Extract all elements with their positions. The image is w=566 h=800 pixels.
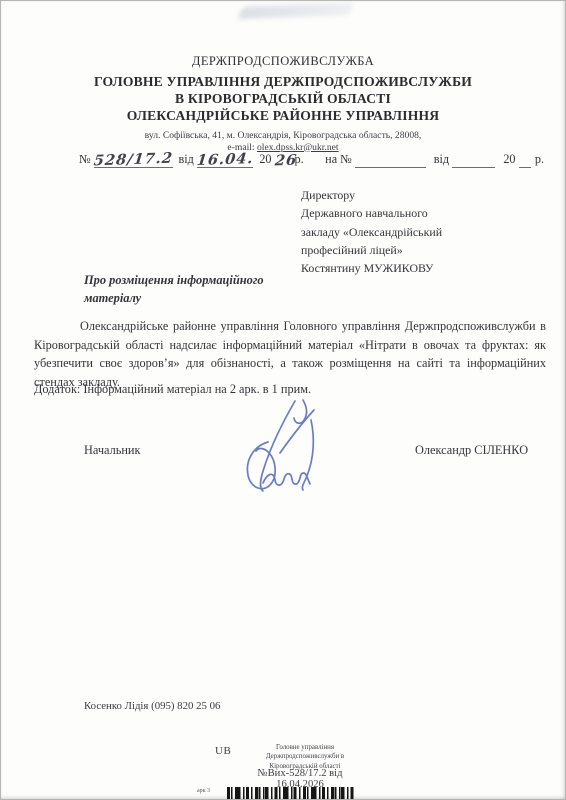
vid-label: від [173,152,197,168]
handwritten-date: 16.04. [196,150,254,169]
stamp-org-line: Держпродспоживслужби в [245,752,365,761]
org-name-line-1: ГОЛОВНЕ УПРАВЛІННЯ ДЕРЖПРОДСПОЖИВСЛУЖБИ [1,73,565,90]
signature-ink-icon [234,398,336,504]
incoming-year-suffix: р. [531,152,547,168]
year-field: 26 [275,152,295,168]
subject-line-1: Про розміщення інформаційного [84,271,264,289]
letterhead: ДЕРЖПРОДСПОЖИВСЛУЖБА ГОЛОВНЕ УПРАВЛІННЯ … [1,54,565,153]
executor-contact: Косенко Лідія (095) 820 25 06 [84,700,220,712]
registration-barcode [227,787,355,799]
outgoing-date-field: 16.04. [197,151,253,168]
subject-block: Про розміщення інформаційного матеріалу [84,271,264,307]
stamp-sheet-note: арк 3 [197,788,210,794]
subject-line-2: матеріалу [84,289,264,307]
recipient-block: Директору Державного навчального закладу… [301,186,442,277]
outgoing-number-field: 528/17.2 [94,151,173,168]
incoming-number-label: на № [325,152,355,168]
recipient-line: професійний ліцей» [301,241,442,259]
handwritten-year: 26 [274,152,298,170]
incoming-vid-label: від [426,152,452,168]
handwritten-outgoing-number: 528/17.2 [93,150,174,170]
stamp-org-line: Головне управління [245,743,365,752]
signer-name: Олександр СІЛЕНКО [415,443,528,458]
org-name-line-2: В КІРОВОГРАДСЬКІЙ ОБЛАСТІ [1,90,565,107]
recipient-line: Директору [301,186,442,204]
agency-name: ДЕРЖПРОДСПОЖИВСЛУЖБА [1,54,565,69]
year-prefix: 20 [253,152,274,168]
registration-stamp: UB Головне управління Держпродспоживслуж… [197,742,393,799]
outgoing-number-label: № [79,152,94,168]
address-line: вул. Софіївська, 41, м. Олександрія, Кір… [1,130,565,141]
org-name-line-3: ОЛЕКСАНДРІЙСЬКЕ РАЙОННЕ УПРАВЛІННЯ [1,107,565,124]
recipient-line: Костянтину МУЖИКОВУ [301,259,442,277]
incoming-year-blank [519,151,531,168]
attachment-note: Додаток: Інформаційний матеріал на 2 арк… [34,382,311,397]
body-paragraph: Олександрійське районне управління Голов… [34,317,546,391]
stamp-registration-number: №Вих-528/17.2 від [225,768,375,779]
showthrough-smudge [237,3,354,19]
handwritten-signature [234,398,336,504]
scanned-letter-page: ДЕРЖПРОДСПОЖИВСЛУЖБА ГОЛОВНЕ УПРАВЛІННЯ … [0,0,566,800]
signer-position: Начальник [84,443,140,458]
stamp-org-block: Головне управління Держпродспоживслужби … [245,743,365,771]
stamp-code: UB [215,745,231,757]
incoming-year-prefix: 20 [495,152,518,168]
incoming-number-blank [355,151,426,168]
recipient-line: закладу «Олександрійський [301,223,442,241]
recipient-line: Державного навчального [301,204,442,222]
reference-line: № 528/17.2 від 16.04. 20 26 р. на № від … [79,151,547,168]
incoming-date-blank [452,151,495,168]
